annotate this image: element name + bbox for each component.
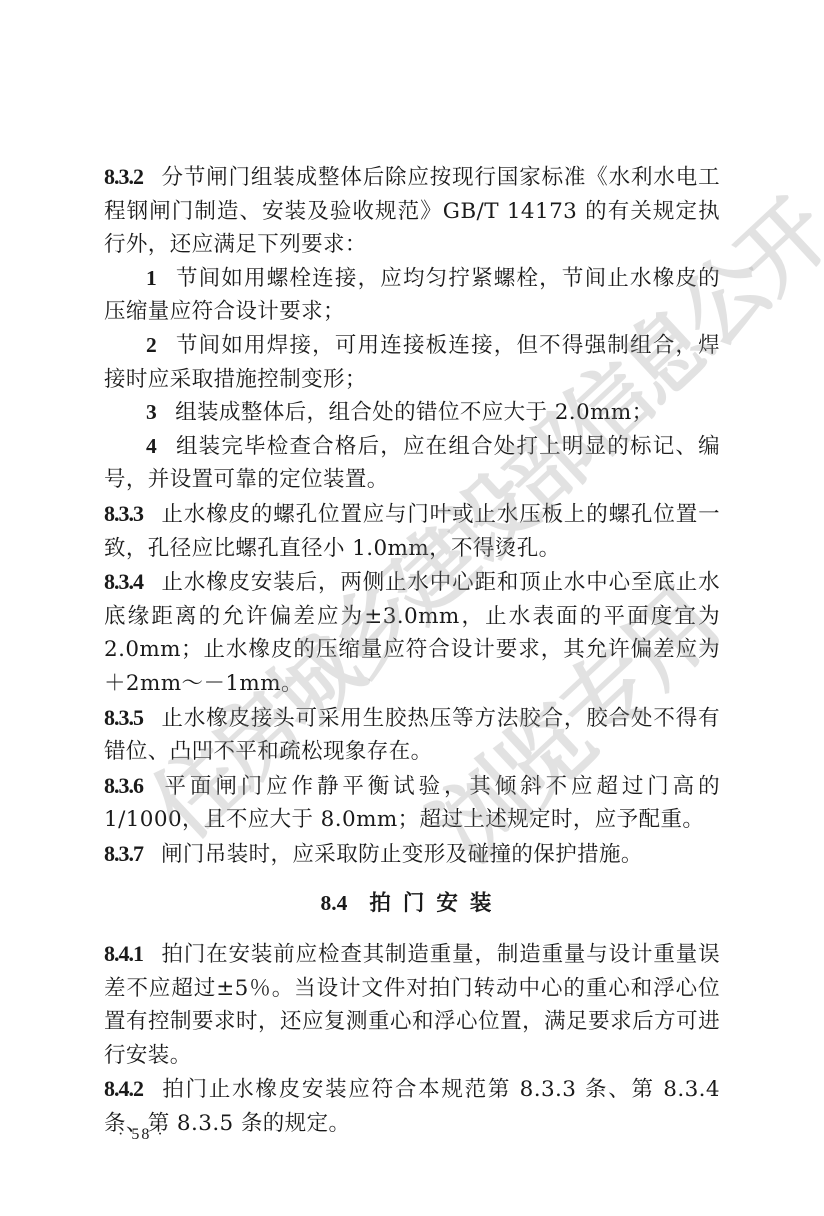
- item-number: 2: [146, 333, 157, 357]
- item-text: 节间如用螺栓连接，应均匀拧紧螺栓，节间止水橡皮的压缩量应符合设计要求；: [104, 266, 720, 325]
- section-heading: 8.4拍门安装: [104, 887, 720, 921]
- section-number: 8.4: [321, 891, 348, 915]
- list-item: 1节间如用螺栓连接，应均匀拧紧螺栓，节间止水橡皮的压缩量应符合设计要求；: [104, 262, 720, 329]
- item-number: 1: [146, 266, 157, 290]
- clause-8-3-6: 8.3.6平面闸门应作静平衡试验，其倾斜不应超过门高的 1/1000，且不应大于…: [104, 769, 720, 837]
- page-number: · 58 ·: [118, 1126, 165, 1144]
- item-number: 3: [146, 400, 157, 424]
- clause-8-4-2: 8.4.2拍门止水橡皮安装应符合本规范第 8.3.3 条、第 8.3.4 条、第…: [104, 1072, 720, 1140]
- document-page: 8.3.2分节闸门组装成整体后除应按现行国家标准《水利水电工程钢闸门制造、安装及…: [104, 160, 720, 1141]
- clause-number: 8.3.5: [104, 705, 143, 730]
- clause-number: 8.3.7: [104, 841, 143, 866]
- clause-text: 平面闸门应作静平衡试验，其倾斜不应超过门高的 1/1000，且不应大于 8.0m…: [104, 774, 720, 833]
- clause-number: 8.3.2: [104, 164, 143, 189]
- clause-8-3-7: 8.3.7闸门吊装时，应采取防止变形及碰撞的保护措施。: [104, 837, 720, 872]
- clause-number: 8.3.4: [104, 569, 143, 594]
- item-text: 组装成整体后，组合处的错位不应大于 2.0mm；: [175, 400, 653, 425]
- clause-text: 止水橡皮安装后，两侧止水中心距和顶止水中心至底止水底缘距离的允许偏差应为±3.0…: [104, 570, 720, 696]
- clause-text: 拍门在安装前应检查其制造重量，制造重量与设计重量误差不应超过±5％。当设计文件对…: [104, 942, 720, 1068]
- clause-text: 止水橡皮接头可采用生胶热压等方法胶合，胶合处不得有错位、凸凹不平和疏松现象存在。: [104, 706, 720, 765]
- clause-text: 闸门吊装时，应采取防止变形及碰撞的保护措施。: [161, 842, 643, 867]
- clause-8-3-2: 8.3.2分节闸门组装成整体后除应按现行国家标准《水利水电工程钢闸门制造、安装及…: [104, 160, 720, 262]
- clause-number: 8.4.1: [104, 941, 143, 966]
- clause-text: 分节闸门组装成整体后除应按现行国家标准《水利水电工程钢闸门制造、安装及验收规范》…: [104, 165, 720, 257]
- list-item: 3组装成整体后，组合处的错位不应大于 2.0mm；: [104, 396, 720, 430]
- list-item: 2节间如用焊接，可用连接板连接，但不得强制组合，焊接时应采取措施控制变形；: [104, 329, 720, 396]
- clause-8-3-3: 8.3.3止水橡皮的螺孔位置应与门叶或止水压板上的螺孔位置一致，孔径应比螺孔直径…: [104, 497, 720, 565]
- clause-8-3-5: 8.3.5止水橡皮接头可采用生胶热压等方法胶合，胶合处不得有错位、凸凹不平和疏松…: [104, 701, 720, 769]
- item-text: 节间如用焊接，可用连接板连接，但不得强制组合，焊接时应采取措施控制变形；: [104, 333, 720, 392]
- section-title: 拍门安装: [369, 891, 503, 916]
- item-number: 4: [146, 434, 157, 458]
- clause-number: 8.3.3: [104, 501, 143, 526]
- clause-text: 止水橡皮的螺孔位置应与门叶或止水压板上的螺孔位置一致，孔径应比螺孔直径小 1.0…: [104, 502, 720, 561]
- clause-8-3-4: 8.3.4止水橡皮安装后，两侧止水中心距和顶止水中心至底止水底缘距离的允许偏差应…: [104, 565, 720, 700]
- clause-text: 拍门止水橡皮安装应符合本规范第 8.3.3 条、第 8.3.4 条、第 8.3.…: [104, 1077, 720, 1136]
- clause-8-4-1: 8.4.1拍门在安装前应检查其制造重量，制造重量与设计重量误差不应超过±5％。当…: [104, 937, 720, 1072]
- list-item: 4组装完毕检查合格后，应在组合处打上明显的标记、编号，并设置可靠的定位装置。: [104, 430, 720, 497]
- item-text: 组装完毕检查合格后，应在组合处打上明显的标记、编号，并设置可靠的定位装置。: [104, 434, 720, 493]
- clause-number: 8.4.2: [104, 1076, 143, 1101]
- clause-number: 8.3.6: [104, 773, 143, 798]
